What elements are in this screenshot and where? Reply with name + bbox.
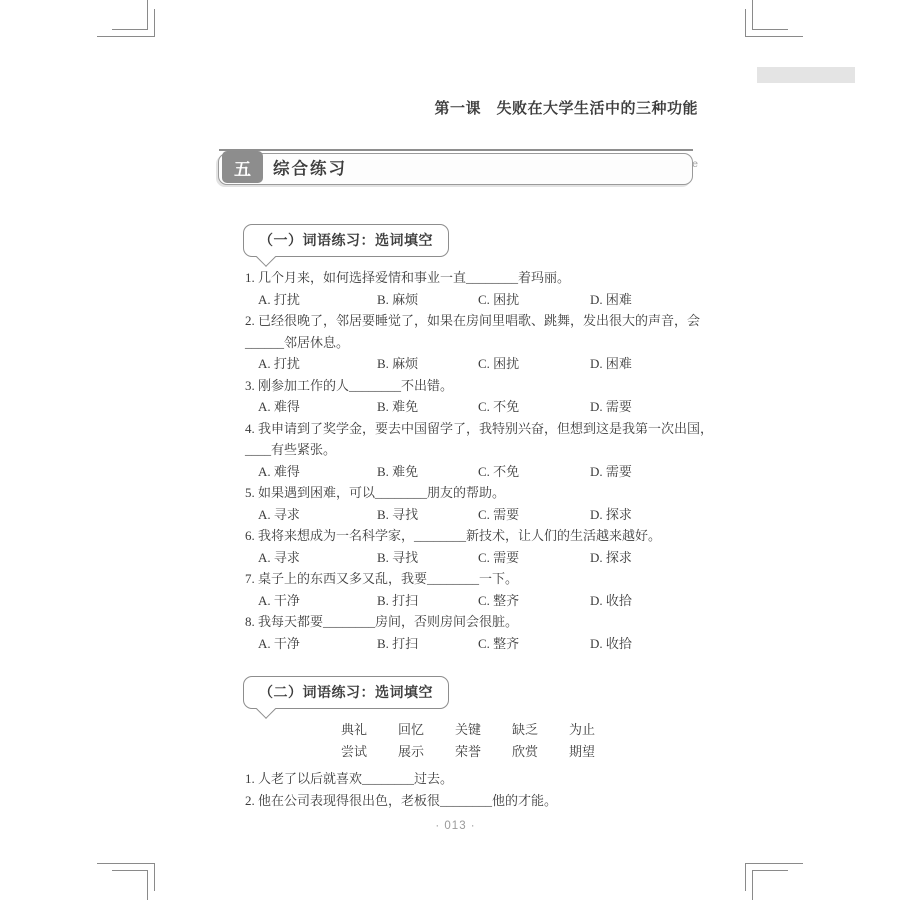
option-item: B. 麻烦 bbox=[377, 353, 478, 375]
question-text: 1. 几个月来，如何选择爱情和事业一直________着玛丽。 bbox=[245, 267, 725, 289]
option-item: A. 寻求 bbox=[258, 547, 377, 569]
exercise2-heading-bubble: （二）词语练习：选词填空 bbox=[243, 676, 449, 709]
question-block: 3. 刚参加工作的人________不出错。 A. 难得 B. 难免 C. 不免… bbox=[245, 375, 725, 418]
option-item: B. 寻找 bbox=[377, 547, 478, 569]
word-bank-item: 回忆 bbox=[398, 719, 455, 741]
question-text: 3. 刚参加工作的人________不出错。 bbox=[245, 375, 725, 397]
option-item: A. 难得 bbox=[258, 461, 377, 483]
crop-mark-bottom-right-inner bbox=[745, 863, 803, 891]
option-item: A. 寻求 bbox=[258, 504, 377, 526]
exercise1-questions: 1. 几个月来，如何选择爱情和事业一直________着玛丽。 A. 打扰 B.… bbox=[245, 267, 725, 654]
option-item: D. 探求 bbox=[590, 547, 725, 569]
word-bank-row: 尝试 展示 荣誉 欣赏 期望 bbox=[341, 741, 705, 763]
option-item: D. 探求 bbox=[590, 504, 725, 526]
word-bank-item: 缺乏 bbox=[512, 719, 569, 741]
word-bank-item: 典礼 bbox=[341, 719, 398, 741]
option-item: B. 麻烦 bbox=[377, 289, 478, 311]
question-options: A. 寻求 B. 寻找 C. 需要 D. 探求 bbox=[245, 504, 725, 526]
option-item: D. 困难 bbox=[590, 289, 725, 311]
question-block: 1. 几个月来，如何选择爱情和事业一直________着玛丽。 A. 打扰 B.… bbox=[245, 267, 725, 310]
question-text: 6. 我将来想成为一名科学家，________新技术，让人们的生活越来越好。 bbox=[245, 525, 725, 547]
word-bank-item: 为止 bbox=[569, 719, 626, 741]
option-item: C. 困扰 bbox=[478, 289, 590, 311]
crop-mark-bottom-left-inner bbox=[97, 863, 155, 891]
page-number: · 013 · bbox=[218, 820, 693, 832]
lesson-title-zh: 第一课 失败在大学生活中的三种功能 bbox=[434, 97, 698, 118]
option-item: A. 干净 bbox=[258, 590, 377, 612]
option-item: C. 整齐 bbox=[478, 633, 590, 655]
question-block: 8. 我每天都要________房间，否则房间会很脏。 A. 干净 B. 打扫 … bbox=[245, 611, 725, 654]
word-bank-item: 欣赏 bbox=[512, 741, 569, 763]
section-bar-topline bbox=[219, 149, 693, 151]
question-options: A. 干净 B. 打扫 C. 整齐 D. 收拾 bbox=[245, 590, 725, 612]
question-text: 2. 已经很晚了，邻居要睡觉了，如果在房间里唱歌、跳舞，发出很大的声音，会 __… bbox=[245, 310, 725, 353]
option-item: C. 困扰 bbox=[478, 353, 590, 375]
option-item: D. 收拾 bbox=[590, 633, 725, 655]
question-options: A. 难得 B. 难免 C. 不免 D. 需要 bbox=[245, 396, 725, 418]
question-options: A. 干净 B. 打扫 C. 整齐 D. 收拾 bbox=[245, 633, 725, 655]
question-text: 5. 如果遇到困难，可以________朋友的帮助。 bbox=[245, 482, 725, 504]
option-item: B. 打扫 bbox=[377, 590, 478, 612]
word-bank-item: 展示 bbox=[398, 741, 455, 763]
word-bank-item: 尝试 bbox=[341, 741, 398, 763]
crop-mark-top-left-inner bbox=[97, 9, 155, 37]
question-options: A. 打扰 B. 麻烦 C. 困扰 D. 困难 bbox=[245, 289, 725, 311]
option-item: C. 不免 bbox=[478, 396, 590, 418]
question-text: 7. 桌子上的东西又多又乱，我要________一下。 bbox=[245, 568, 725, 590]
header-decor-block bbox=[757, 67, 855, 83]
word-bank-row: 典礼 回忆 关键 缺乏 为止 bbox=[341, 719, 705, 741]
question-text: 8. 我每天都要________房间，否则房间会很脏。 bbox=[245, 611, 725, 633]
question-options: A. 寻求 B. 寻找 C. 需要 D. 探求 bbox=[245, 547, 725, 569]
option-item: B. 寻找 bbox=[377, 504, 478, 526]
word-bank-item: 关键 bbox=[455, 719, 512, 741]
question-block: 2. 已经很晚了，邻居要睡觉了，如果在房间里唱歌、跳舞，发出很大的声音，会 __… bbox=[245, 310, 725, 375]
word-bank-item: 期望 bbox=[569, 741, 626, 763]
section-number-tab: 五 bbox=[222, 151, 263, 183]
option-item: B. 打扫 bbox=[377, 633, 478, 655]
option-item: B. 难免 bbox=[377, 461, 478, 483]
word-bank: 典礼 回忆 关键 缺乏 为止 尝试 展示 荣誉 欣赏 期望 bbox=[245, 719, 705, 763]
exercise2-questions: 1. 人老了以后就喜欢________过去。 2. 他在公司表现得很出色，老板很… bbox=[245, 768, 725, 812]
question-block: 6. 我将来想成为一名科学家，________新技术，让人们的生活越来越好。 A… bbox=[245, 525, 725, 568]
option-item: D. 困难 bbox=[590, 353, 725, 375]
option-item: C. 需要 bbox=[478, 547, 590, 569]
question-text: 2. 他在公司表现得很出色，老板很________他的才能。 bbox=[245, 790, 725, 812]
crop-mark-top-right-inner bbox=[745, 9, 803, 37]
option-item: A. 难得 bbox=[258, 396, 377, 418]
option-item: D. 需要 bbox=[590, 396, 725, 418]
option-item: C. 不免 bbox=[478, 461, 590, 483]
question-text: 1. 人老了以后就喜欢________过去。 bbox=[245, 768, 725, 790]
section-title: 综合练习 bbox=[273, 153, 347, 185]
question-text: 4. 我申请到了奖学金，要去中国留学了，我特别兴奋，但想到这是我第一次出国， _… bbox=[245, 418, 725, 461]
option-item: C. 需要 bbox=[478, 504, 590, 526]
question-block: 7. 桌子上的东西又多又乱，我要________一下。 A. 干净 B. 打扫 … bbox=[245, 568, 725, 611]
option-item: A. 干净 bbox=[258, 633, 377, 655]
option-item: B. 难免 bbox=[377, 396, 478, 418]
option-item: A. 打扰 bbox=[258, 353, 377, 375]
option-item: D. 收拾 bbox=[590, 590, 725, 612]
exercise1-heading-bubble: （一）词语练习：选词填空 bbox=[243, 224, 449, 257]
word-bank-item: 荣誉 bbox=[455, 741, 512, 763]
question-options: A. 难得 B. 难免 C. 不免 D. 需要 bbox=[245, 461, 725, 483]
question-block: 4. 我申请到了奖学金，要去中国留学了，我特别兴奋，但想到这是我第一次出国， _… bbox=[245, 418, 725, 483]
option-item: D. 需要 bbox=[590, 461, 725, 483]
question-options: A. 打扰 B. 麻烦 C. 困扰 D. 困难 bbox=[245, 353, 725, 375]
option-item: A. 打扰 bbox=[258, 289, 377, 311]
question-block: 5. 如果遇到困难，可以________朋友的帮助。 A. 寻求 B. 寻找 C… bbox=[245, 482, 725, 525]
option-item: C. 整齐 bbox=[478, 590, 590, 612]
